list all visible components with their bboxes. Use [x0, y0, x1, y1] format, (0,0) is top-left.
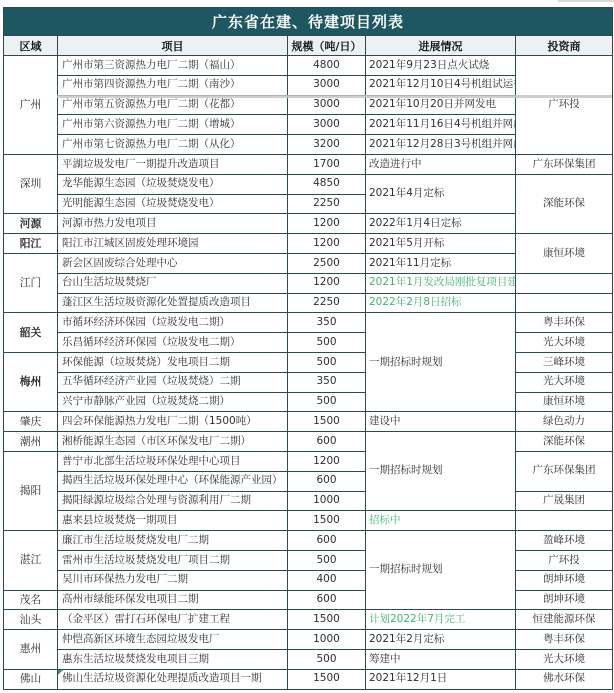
projects-table: 广东省在建、待建项目列表 区域 项目 规模（吨/日） 进展情况 投资商 广州广州…: [3, 7, 613, 690]
region-cell[interactable]: 茂名: [4, 590, 58, 610]
project-cell[interactable]: 广州市第五资源热力电厂二期（花都）: [58, 95, 288, 115]
table-body: 广州广州市第三资源热力电厂二期（福山）48002021年9月23日点火试烧广环投…: [4, 56, 613, 690]
table-row: 韶关市循环经济环保园（垃圾发电二期）350一期招标时规划粤丰环保: [4, 313, 613, 333]
investor-cell[interactable]: [516, 293, 613, 313]
scale-cell[interactable]: 350: [288, 313, 366, 333]
project-cell[interactable]: 乐昌循环经济环保园（垃圾发电二期）: [58, 333, 288, 353]
project-cell[interactable]: 廉江市生活垃圾焚烧发电厂二期: [58, 531, 288, 551]
scale-cell[interactable]: 600: [288, 590, 366, 610]
scale-cell[interactable]: 2250: [288, 194, 366, 214]
investor-cell[interactable]: 广东环保集团: [516, 451, 613, 491]
progress-cell[interactable]: 2021年1月发改局刚批复项目建议: [366, 273, 516, 293]
table-row: 惠东生活垃圾焚烧发电项目三期500筹建中光大环境: [4, 649, 613, 669]
investor-cell[interactable]: 佛水环保: [516, 669, 613, 689]
table-row: 乐昌循环经济环保园（垃圾发电二期）500光大环境: [4, 333, 613, 353]
investor-cell[interactable]: 康恒环境: [516, 392, 613, 412]
scale-cell[interactable]: 1000: [288, 630, 366, 650]
progress-cell[interactable]: 2021年11月定标: [366, 253, 516, 273]
progress-cell[interactable]: 2022年2月8日招标: [366, 293, 516, 313]
table-row: 蓬江区生活垃圾资源化处置提质改造项目22502022年2月8日招标: [4, 293, 613, 313]
scale-cell[interactable]: 1500: [288, 669, 366, 689]
table-row: 雷州市生活垃圾焚烧发电厂项目二期500广环投: [4, 550, 613, 570]
scale-cell[interactable]: 1200: [288, 214, 366, 234]
scale-cell[interactable]: 1200: [288, 451, 366, 471]
scale-cell[interactable]: 1000: [288, 491, 366, 511]
project-cell[interactable]: 广州市第三资源热力电厂二期（福山）: [58, 56, 288, 76]
investor-cell[interactable]: 三峰环境: [516, 352, 613, 372]
progress-cell[interactable]: 2021年12月10日4号机组试运行: [366, 75, 516, 95]
table-row: 台山生活垃圾焚烧厂12002021年1月发改局刚批复项目建议: [4, 273, 613, 293]
investor-cell[interactable]: 广环投: [516, 56, 613, 155]
scale-cell[interactable]: 3200: [288, 135, 366, 155]
project-cell[interactable]: 河源市热力发电项目: [58, 214, 288, 234]
scale-cell[interactable]: 3000: [288, 95, 366, 115]
project-cell[interactable]: 仲恺高新区环境生态园垃圾发电厂: [58, 630, 288, 650]
investor-cell[interactable]: [516, 273, 613, 293]
table-row: 揭阳普宁市北部生活垃圾环保处理中心项目1200广东环保集团: [4, 451, 613, 471]
project-cell[interactable]: 五华循环经济产业园（垃圾焚烧）二期: [58, 372, 288, 392]
table-row: 肇庆四会环保能源热力发电厂二期（1500吨）1500建设中绿色动力: [4, 412, 613, 432]
investor-cell[interactable]: 广东环保集团: [516, 154, 613, 174]
cell-corner-marker: [58, 670, 63, 675]
table-row: 深圳平湖垃圾发电厂一期提升改造项目1700改造进行中广东环保集团: [4, 154, 613, 174]
region-cell[interactable]: 广州: [4, 56, 58, 155]
investor-cell[interactable]: 朗坤环境: [516, 590, 613, 610]
column-header-progress[interactable]: 进展情况: [366, 36, 516, 56]
scale-cell[interactable]: 1500: [288, 610, 366, 630]
investor-cell[interactable]: 广晟集团: [516, 491, 613, 511]
progress-cell[interactable]: 2022年1月4日定标: [366, 214, 516, 234]
project-cell[interactable]: 湘桥能源生态园（市区环保发电厂二期）: [58, 432, 288, 452]
table-title[interactable]: 广东省在建、待建项目列表: [4, 8, 613, 36]
scale-cell[interactable]: 500: [288, 649, 366, 669]
region-cell[interactable]: 惠州: [4, 630, 58, 670]
region-cell[interactable]: 汕头: [4, 610, 58, 630]
scale-cell[interactable]: 4850: [288, 174, 366, 194]
project-cell[interactable]: 龙华能源生态园（垃圾焚烧发电）: [58, 174, 288, 194]
progress-cell[interactable]: 一期招标时规划: [366, 531, 516, 610]
project-cell[interactable]: 市循环经济环保园（垃圾发电二期）: [58, 313, 288, 333]
scale-cell[interactable]: 1500: [288, 511, 366, 531]
scale-cell[interactable]: 500: [288, 550, 366, 570]
column-header-region[interactable]: 区域: [4, 36, 58, 56]
scale-cell[interactable]: 1500: [288, 412, 366, 432]
progress-cell[interactable]: 2021年2月定标: [366, 630, 516, 650]
project-cell[interactable]: 揭阳绿源垃圾综合处理与资源利用厂二期: [58, 491, 288, 511]
table-row: 五华循环经济产业园（垃圾焚烧）二期350光大环境: [4, 372, 613, 392]
table-row: 惠来县垃圾焚烧一期项目1500招标中: [4, 511, 613, 531]
progress-cell[interactable]: 一期招标时规划: [366, 432, 516, 511]
progress-cell[interactable]: 一期招标时规划: [366, 313, 516, 412]
region-cell[interactable]: 深圳: [4, 154, 58, 213]
investor-cell[interactable]: 恒建能源环保: [516, 610, 613, 630]
table-row: 吴川市环保热力发电厂二期400朗坤环境: [4, 570, 613, 590]
region-cell[interactable]: 梅州: [4, 352, 58, 411]
column-header-project[interactable]: 项目: [58, 36, 288, 56]
region-cell[interactable]: 江门: [4, 253, 58, 312]
project-cell[interactable]: 惠来县垃圾焚烧一期项目: [58, 511, 288, 531]
project-cell[interactable]: 光明能源生态园（垃圾焚烧发电）: [58, 194, 288, 214]
progress-cell[interactable]: 2021年12月28日3号机组并网成功: [366, 135, 516, 155]
scale-cell[interactable]: 2250: [288, 293, 366, 313]
progress-cell[interactable]: 建设中: [366, 412, 516, 432]
investor-cell[interactable]: 粤丰环保: [516, 630, 613, 650]
progress-cell[interactable]: 计划2022年7月完工: [366, 610, 516, 630]
scale-cell[interactable]: 600: [288, 432, 366, 452]
scale-cell[interactable]: 600: [288, 531, 366, 551]
region-cell[interactable]: 河源: [4, 214, 58, 234]
table-row: 龙华能源生态园（垃圾焚烧发电）48502021年4月定标深能环保: [4, 174, 613, 194]
project-cell[interactable]: 平湖垃圾发电厂一期提升改造项目: [58, 154, 288, 174]
project-cell[interactable]: 吴川市环保热力发电厂二期: [58, 570, 288, 590]
progress-cell[interactable]: 2021年5月开标: [366, 234, 516, 254]
table-row: 广州广州市第三资源热力电厂二期（福山）48002021年9月23日点火试烧广环投: [4, 56, 613, 76]
project-cell[interactable]: 环保能源（垃圾焚烧）发电项目二期: [58, 352, 288, 372]
title-row: 广东省在建、待建项目列表: [4, 8, 613, 36]
scale-cell[interactable]: 1200: [288, 234, 366, 254]
region-cell[interactable]: 韶关: [4, 313, 58, 353]
scale-cell[interactable]: 2500: [288, 253, 366, 273]
investor-cell[interactable]: 粤丰环保: [516, 313, 613, 333]
project-cell[interactable]: 惠东生活垃圾焚烧发电项目三期: [58, 649, 288, 669]
table-row: 湛江廉江市生活垃圾焚烧发电厂二期600一期招标时规划盈峰环境: [4, 531, 613, 551]
progress-cell[interactable]: 2021年11月16日4号机组并网成功: [366, 115, 516, 135]
progress-cell[interactable]: 2021年10月20日并网发电: [366, 95, 516, 115]
progress-cell[interactable]: 筹建中: [366, 649, 516, 669]
scale-cell[interactable]: 4800: [288, 56, 366, 76]
region-cell[interactable]: 佛山: [4, 669, 58, 689]
project-cell[interactable]: （金平区）雷打石环保电厂扩建工程: [58, 610, 288, 630]
column-header-row: 区域 项目 规模（吨/日） 进展情况 投资商: [4, 36, 613, 56]
project-cell[interactable]: 广州市第四资源热力电厂二期（南沙）: [58, 75, 288, 95]
investor-cell[interactable]: 深能环保: [516, 432, 613, 452]
scale-cell[interactable]: 3000: [288, 115, 366, 135]
progress-cell[interactable]: 2021年12月1日: [366, 669, 516, 689]
region-cell[interactable]: 阳江: [4, 234, 58, 254]
window-edge-fragment: [558, 0, 614, 2]
investor-cell[interactable]: 朗坤环境: [516, 570, 613, 590]
table-row: 阳江阳江市江城区固废处理环境园12002021年5月开标康恒环境: [4, 234, 613, 254]
region-cell[interactable]: 肇庆: [4, 412, 58, 432]
column-header-investor[interactable]: 投资商: [516, 36, 613, 56]
progress-cell[interactable]: 改造进行中: [366, 154, 516, 174]
progress-cell[interactable]: 招标中: [366, 511, 516, 531]
table-row: 汕头（金平区）雷打石环保电厂扩建工程1500计划2022年7月完工恒建能源环保: [4, 610, 613, 630]
investor-cell[interactable]: 广环投: [516, 550, 613, 570]
region-cell[interactable]: 揭阳: [4, 451, 58, 530]
table-row: 佛山佛山生活垃圾资源化处理提质改造项目一期15002021年12月1日佛水环保: [4, 669, 613, 689]
project-cell[interactable]: 广州市第七资源热力电厂二期（从化）: [58, 135, 288, 155]
scale-cell[interactable]: 500: [288, 333, 366, 353]
project-cell[interactable]: 广州市第六资源热力电厂二期（增城）: [58, 115, 288, 135]
project-cell[interactable]: 揭西生活垃圾环保处理中心（环保能源产业园）: [58, 471, 288, 491]
table-row: 兴宁市静脉产业园（垃圾焚烧二期）500康恒环境: [4, 392, 613, 412]
progress-cell[interactable]: 2021年4月定标: [366, 174, 516, 214]
investor-cell[interactable]: 绿色动力: [516, 412, 613, 432]
freeze-pane-line: [57, 95, 612, 98]
project-cell[interactable]: 兴宁市静脉产业园（垃圾焚烧二期）: [58, 392, 288, 412]
scale-cell[interactable]: 500: [288, 392, 366, 412]
table-row: 茂名高州市绿能环保发电项目二期600朗坤环境: [4, 590, 613, 610]
project-cell[interactable]: 蓬江区生活垃圾资源化处置提质改造项目: [58, 293, 288, 313]
progress-cell[interactable]: 2021年9月23日点火试烧: [366, 56, 516, 76]
spreadsheet-page: 广东省在建、待建项目列表 区域 项目 规模（吨/日） 进展情况 投资商 广州广州…: [3, 7, 613, 690]
scale-cell[interactable]: 1200: [288, 273, 366, 293]
region-cell[interactable]: 潮州: [4, 432, 58, 452]
investor-cell[interactable]: 光大环境: [516, 333, 613, 353]
region-cell[interactable]: 湛江: [4, 531, 58, 590]
investor-cell[interactable]: 光大环境: [516, 372, 613, 392]
scale-cell[interactable]: 600: [288, 471, 366, 491]
project-cell[interactable]: 佛山生活垃圾资源化处理提质改造项目一期: [58, 669, 288, 689]
scale-cell[interactable]: 3000: [288, 75, 366, 95]
project-cell[interactable]: 新会区固废综合处理中心: [58, 253, 288, 273]
table-row: 揭阳绿源垃圾综合处理与资源利用厂二期1000广晟集团: [4, 491, 613, 511]
table-row: 惠州仲恺高新区环境生态园垃圾发电厂10002021年2月定标粤丰环保: [4, 630, 613, 650]
project-cell[interactable]: 雷州市生活垃圾焚烧发电厂项目二期: [58, 550, 288, 570]
project-cell[interactable]: 普宁市北部生活垃圾环保处理中心项目: [58, 451, 288, 471]
project-cell[interactable]: 四会环保能源热力发电厂二期（1500吨）: [58, 412, 288, 432]
project-cell[interactable]: 台山生活垃圾焚烧厂: [58, 273, 288, 293]
scale-cell[interactable]: 500: [288, 352, 366, 372]
investor-cell[interactable]: 光大环境: [516, 649, 613, 669]
scale-cell[interactable]: 350: [288, 372, 366, 392]
investor-cell[interactable]: 盈峰环境: [516, 531, 613, 551]
table-row: 潮州湘桥能源生态园（市区环保发电厂二期）600一期招标时规划深能环保: [4, 432, 613, 452]
project-cell[interactable]: 高州市绿能环保发电项目二期: [58, 590, 288, 610]
scale-cell[interactable]: 400: [288, 570, 366, 590]
table-row: 梅州环保能源（垃圾焚烧）发电项目二期500三峰环境: [4, 352, 613, 372]
scale-cell[interactable]: 1700: [288, 154, 366, 174]
investor-cell[interactable]: 康恒环境: [516, 234, 613, 274]
column-header-scale[interactable]: 规模（吨/日）: [288, 36, 366, 56]
investor-cell[interactable]: 深能环保: [516, 174, 613, 233]
project-cell[interactable]: 阳江市江城区固废处理环境园: [58, 234, 288, 254]
investor-cell[interactable]: [516, 511, 613, 531]
